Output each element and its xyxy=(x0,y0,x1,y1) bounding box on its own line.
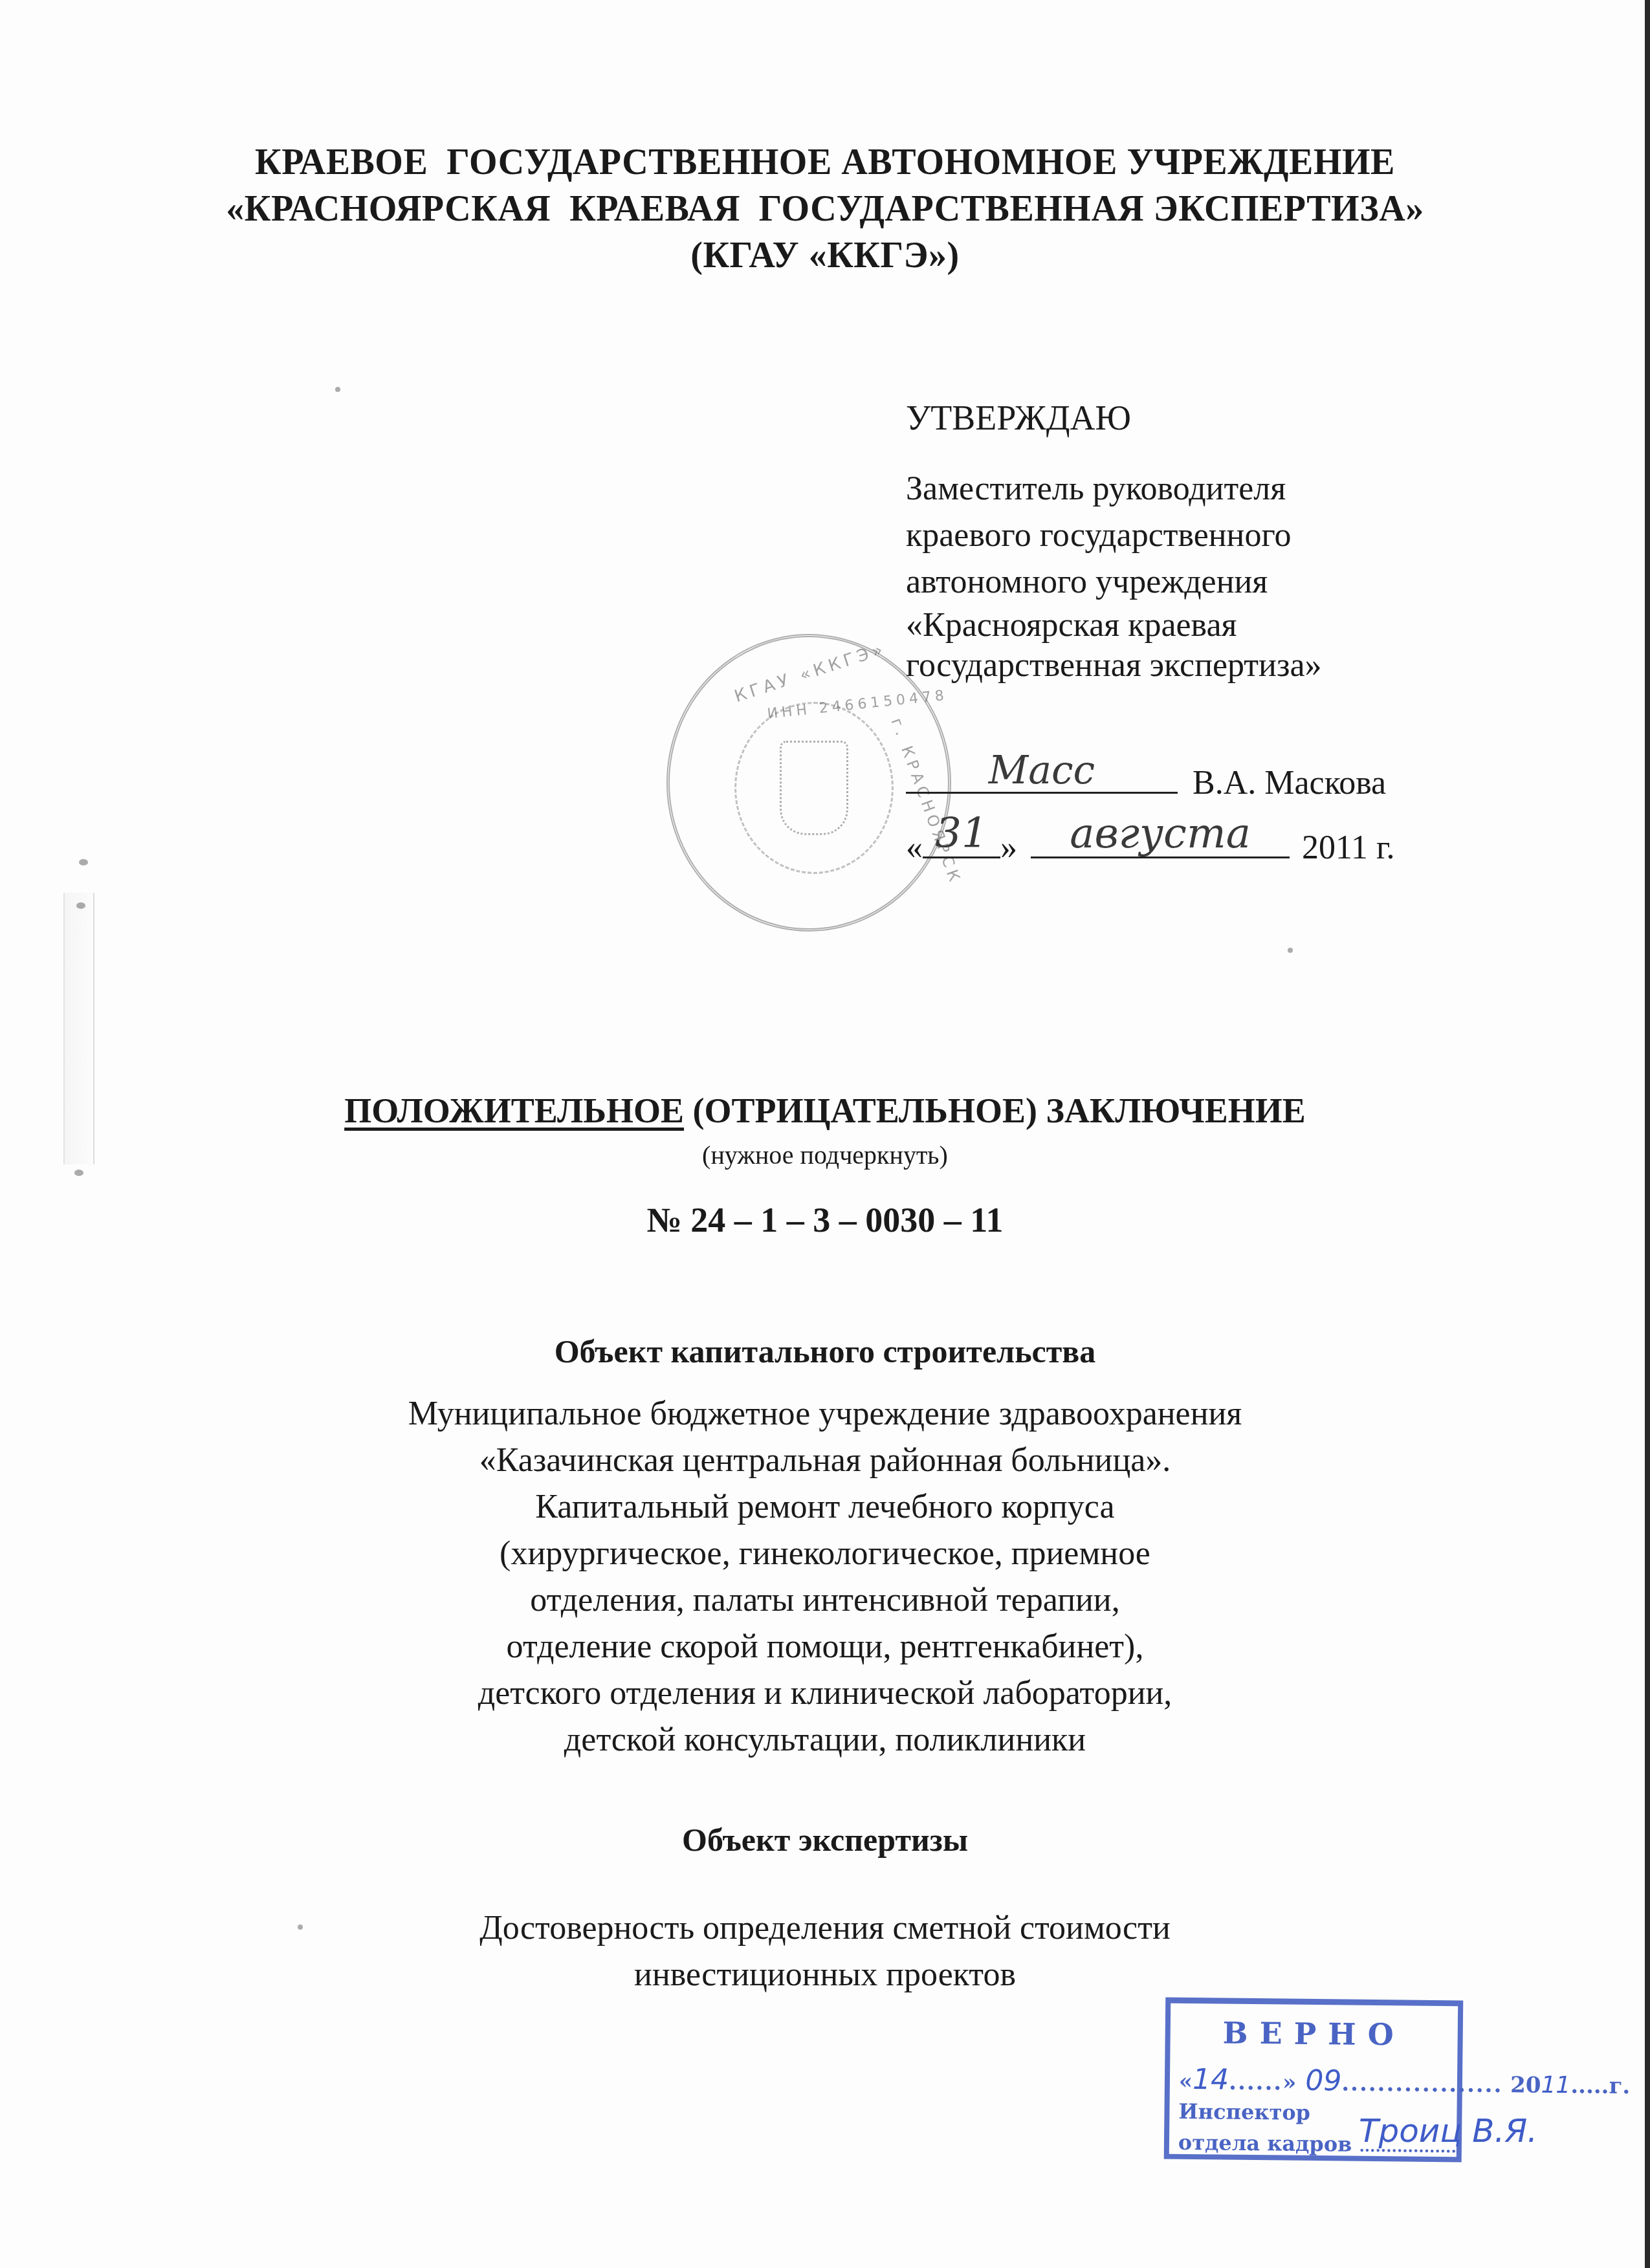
header-line-3: (КГАУ «ККГЭ») xyxy=(0,232,1650,279)
capital-object-line: детской консультации, поликлиники xyxy=(0,1717,1650,1763)
date-month-line: августа xyxy=(1031,822,1290,858)
capital-object-line: отделения, палаты интенсивной терапии, xyxy=(0,1577,1650,1624)
capital-object-line: детского отделения и клинической лаборат… xyxy=(0,1670,1650,1717)
header-line-2: «КРАСНОЯРСКАЯ КРАЕВАЯ ГОСУДАРСТВЕННАЯ ЭК… xyxy=(0,186,1650,232)
binding-hole-mark xyxy=(79,859,88,866)
signatory-name: В.А. Маскова xyxy=(1193,765,1386,801)
signature-line: Масс xyxy=(906,757,1178,794)
signature-row: Масс В.А. Маскова xyxy=(906,757,1488,802)
organization-header: КРАЕВОЕ ГОСУДАРСТВЕННОЕ АВТОНОМНОЕ УЧРЕЖ… xyxy=(0,139,1650,279)
stamp-handwritten-month: 09 xyxy=(1305,2064,1342,2098)
date-close-quote: » xyxy=(1000,829,1017,866)
scan-speck xyxy=(1288,948,1293,953)
conclusion-type-selected: ПОЛОЖИТЕЛЬНОЕ xyxy=(344,1091,684,1130)
stamp-handwritten-day: 14 xyxy=(1193,2063,1229,2097)
capital-object-line: (хирургическое, гинекологическое, приемн… xyxy=(0,1531,1650,1577)
approval-block: УТВЕРЖДАЮ Заместитель руководителя краев… xyxy=(906,395,1488,686)
capital-object-heading: Объект капитального строительства xyxy=(0,1333,1650,1370)
approval-date-row: «31» августа 2011 г. xyxy=(906,822,1488,867)
expertise-object-heading: Объект экспертизы xyxy=(0,1821,1650,1859)
date-year: 2011 г. xyxy=(1302,829,1395,866)
stamp-handwritten-signature: Троиц В.Я. xyxy=(1359,2112,1537,2150)
header-line-1: КРАЕВОЕ ГОСУДАРСТВЕННОЕ АВТОНОМНОЕ УЧРЕЖ… xyxy=(0,139,1650,186)
stamp-date-row: «14......» 09.................. 2011....… xyxy=(1179,2063,1631,2100)
capital-object-line: Капитальный ремонт лечебного корпуса xyxy=(0,1484,1650,1531)
capital-object-description: Муниципальное бюджетное учреждение здрав… xyxy=(0,1391,1650,1763)
capital-object-line: Муниципальное бюджетное учреждение здрав… xyxy=(0,1391,1650,1437)
conclusion-title-rest: (ОТРИЦАТЕЛЬНОЕ) ЗАКЛЮЧЕНИЕ xyxy=(684,1091,1306,1130)
handwritten-day: 31 xyxy=(935,810,987,858)
conclusion-number: № 24 – 1 – 3 – 0030 – 11 xyxy=(0,1200,1650,1240)
stamp-date-close: ......» xyxy=(1229,2069,1298,2096)
approval-line: краевого государственного xyxy=(906,512,1488,559)
approval-line: автономного учреждения xyxy=(906,559,1488,605)
conclusion-title: ПОЛОЖИТЕЛЬНОЕ (ОТРИЦАТЕЛЬНОЕ) ЗАКЛЮЧЕНИЕ xyxy=(0,1088,1650,1133)
expertise-object-description: Достоверность определения сметной стоимо… xyxy=(0,1905,1650,1998)
capital-object-line: «Казачинская центральная районная больни… xyxy=(0,1437,1650,1484)
stamp-month-dots: .................. xyxy=(1341,2070,1502,2098)
stamp-dept-label: отдела кадров xyxy=(1178,2130,1352,2157)
capital-object-line: отделение скорой помощи, рентгенкабинет)… xyxy=(0,1624,1650,1670)
date-open-quote: « xyxy=(906,829,923,866)
stamp-title: ВЕРНО xyxy=(1170,2015,1458,2053)
stamp-date-open: « xyxy=(1179,2069,1193,2095)
stamp-year-prefix: 20 xyxy=(1510,2072,1541,2098)
expertise-object-line: Достоверность определения сметной стоимо… xyxy=(0,1905,1650,1952)
stamp-handwritten-year: 11 xyxy=(1541,2072,1570,2099)
binding-hole-mark xyxy=(74,1170,83,1176)
date-day-line: 31 xyxy=(923,822,1000,858)
handwritten-month: августа xyxy=(1070,810,1251,858)
approval-line: Заместитель руководителя xyxy=(906,466,1488,512)
expertise-object-line: инвестиционных проектов xyxy=(0,1952,1650,1998)
approval-line: «Красноярская краевая xyxy=(906,605,1488,646)
coat-of-arms-icon xyxy=(780,741,848,835)
stamp-inspector-label: Инспектор xyxy=(1178,2099,1310,2125)
scan-speck xyxy=(335,387,340,392)
binding-hole-mark xyxy=(76,902,85,909)
approval-title: УТВЕРЖДАЮ xyxy=(906,395,1488,441)
stamp-year-suffix: .....г. xyxy=(1570,2073,1630,2099)
conclusion-note: (нужное подчеркнуть) xyxy=(0,1140,1650,1170)
approval-line: государственная экспертиза» xyxy=(906,646,1488,686)
handwritten-signature: Масс xyxy=(989,748,1095,793)
